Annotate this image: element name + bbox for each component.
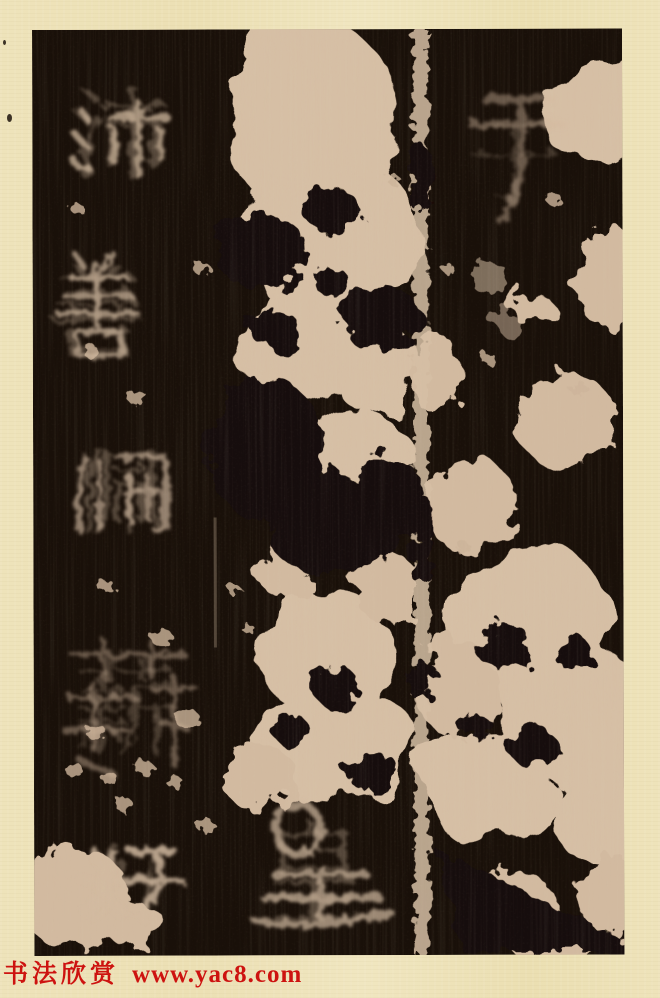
stele-rubbing-photo: 沛 善 佩 薪 好 皇 于 书法欣赏 www.yac8.com [0, 0, 660, 998]
ink-speck [3, 40, 6, 45]
watermark-site-url: www.yac8.com [132, 962, 302, 987]
ink-speck [7, 114, 12, 122]
rubbing-graphic: 沛 善 佩 薪 好 皇 于 [32, 28, 624, 956]
watermark-site-name: 书法欣赏 [3, 962, 119, 987]
grain-texture [32, 28, 624, 956]
watermark: 书法欣赏 www.yac8.com [3, 958, 302, 990]
rubbing-block: 沛 善 佩 薪 好 皇 于 [32, 28, 624, 956]
